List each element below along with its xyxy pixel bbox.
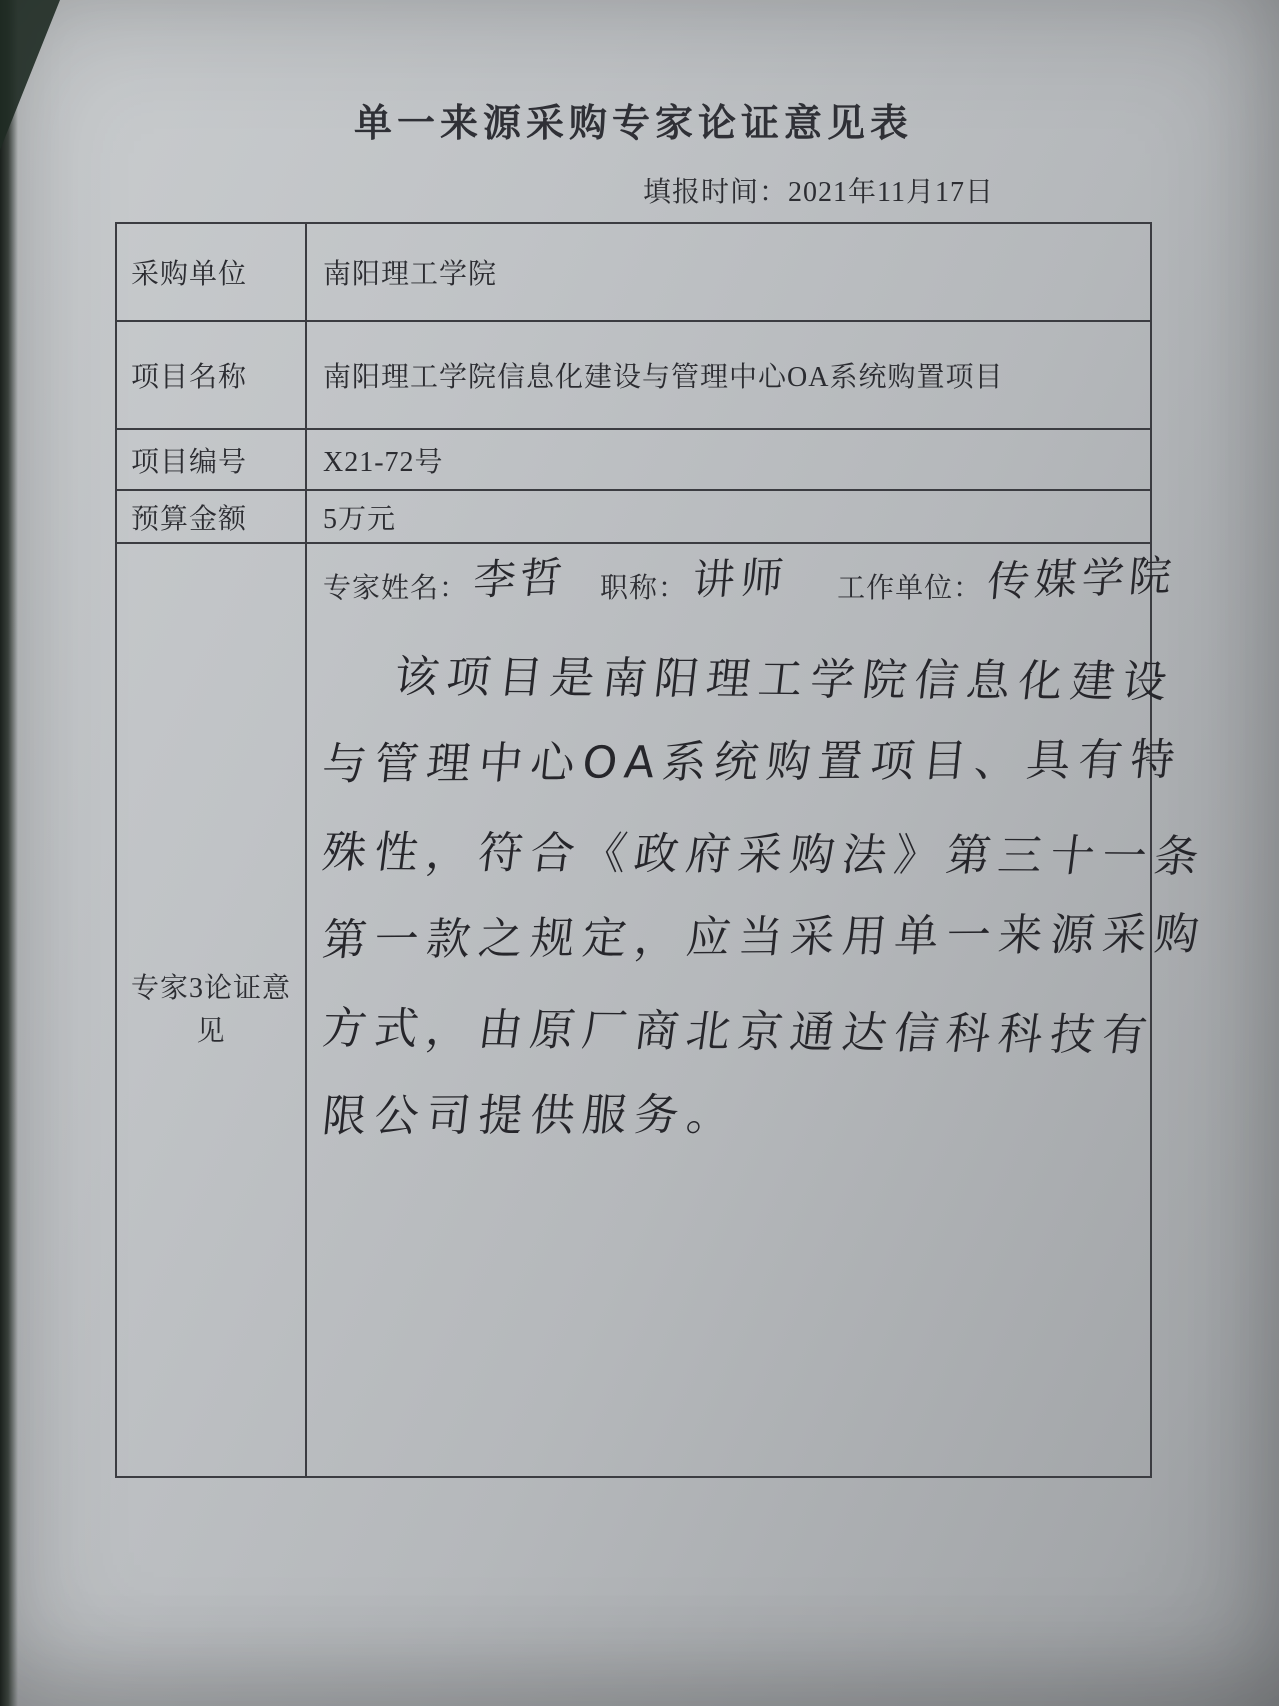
table-row: 采购单位 南阳理工学院 (117, 224, 1150, 322)
expert-name-label: 专家姓名： (323, 554, 468, 606)
row-label-project-number: 项目编号 (117, 430, 307, 489)
table-row: 项目编号 X21-72号 (117, 430, 1150, 491)
expert-name-handwriting: 李哲 (472, 552, 568, 601)
row-label-purchaser: 采购单位 (117, 224, 307, 320)
row-value-project-number: X21-72号 (307, 430, 1150, 489)
row-label-budget: 预算金额 (117, 491, 307, 542)
row-value-purchaser: 南阳理工学院 (307, 224, 1150, 320)
row-value-project-name: 南阳理工学院信息化建设与管理中心OA系统购置项目 (307, 322, 1150, 428)
expert-workplace-label: 工作单位： (837, 554, 982, 606)
opinion-handwriting-line: 殊性，符合《政府采购法》第三十一条 (317, 804, 1212, 897)
expert-title-handwriting: 讲师 (691, 552, 791, 601)
opinion-handwriting-line: 第一款之规定，应当采用单一来源采购 (319, 886, 1212, 980)
row-label-project-name: 项目名称 (117, 322, 307, 428)
expert-info-line: 专家姓名： 李哲 职称： 讲师 工作单位： 传媒学院 (323, 554, 1207, 612)
expert-workplace-handwriting: 传媒学院 (986, 551, 1179, 604)
fill-date-label: 填报时间： (643, 177, 788, 208)
fill-date-line: 填报时间：2021年11月17日 (115, 170, 1152, 210)
page-title: 单一来源采购专家论证意见表 (115, 92, 1152, 147)
fill-date-value: 2021年11月17日 (788, 177, 994, 208)
expert-title-label: 职称： (600, 554, 687, 606)
opinion-row: 专家3论证意见 专家姓名： 李哲 职称： 讲师 工作单位： 传媒学院 该项目是南… (117, 544, 1150, 1476)
photo-left-edge (0, 0, 18, 1706)
opinion-handwriting-line: 限公司提供服务。 (319, 1065, 1212, 1156)
opinion-handwriting-line: 方式，由原厂商北京通达信科科技有 (317, 980, 1213, 1076)
opinion-handwriting-line: 该项目是南阳理工学院信息化建设 (318, 628, 1212, 722)
row-value-budget: 5万元 (307, 491, 1150, 542)
table-row: 项目名称 南阳理工学院信息化建设与管理中心OA系统购置项目 (117, 322, 1150, 430)
opinion-row-label: 专家3论证意见 (117, 544, 307, 1476)
opinion-handwriting-line: 与管理中心OA系统购置项目、具有特 (319, 711, 1212, 804)
opinion-cell: 专家姓名： 李哲 职称： 讲师 工作单位： 传媒学院 该项目是南阳理工学院信息化… (307, 544, 1213, 1476)
table-row: 预算金额 5万元 (117, 491, 1150, 544)
form-table: 采购单位 南阳理工学院 项目名称 南阳理工学院信息化建设与管理中心OA系统购置项… (115, 222, 1152, 1478)
